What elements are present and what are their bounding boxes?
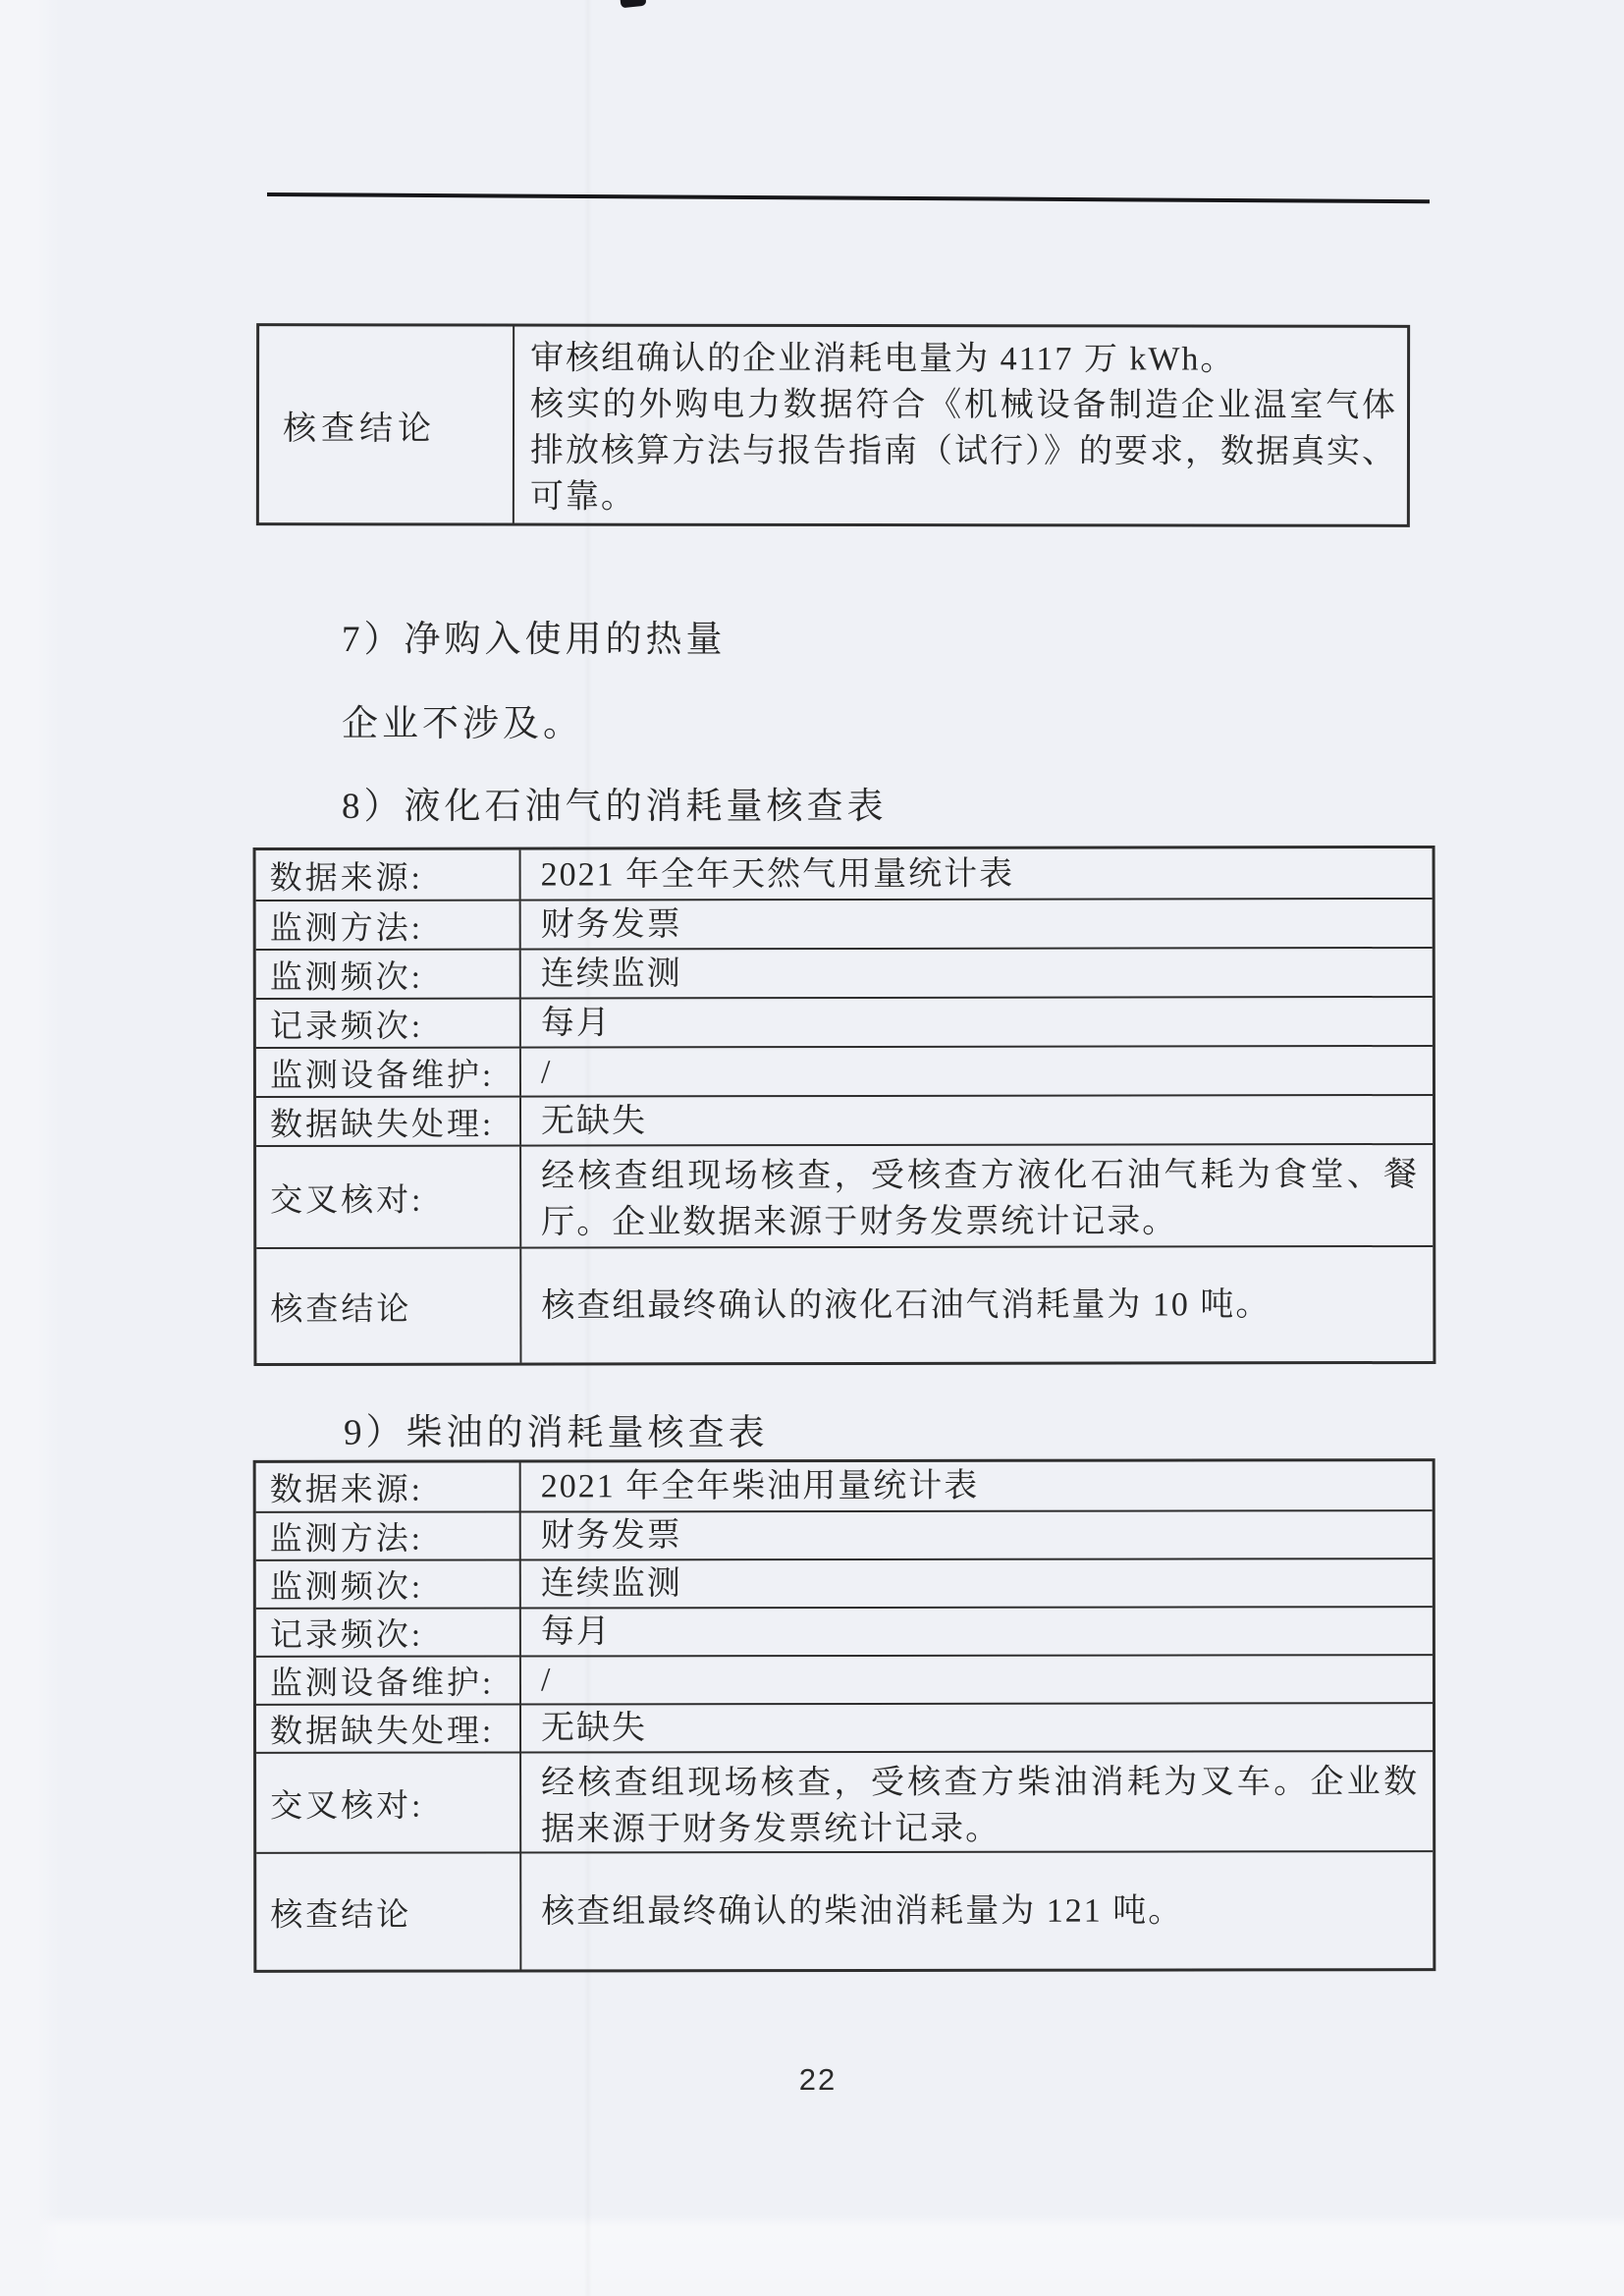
scan-artifact-mark — [621, 0, 647, 8]
page-number: 22 — [0, 2062, 1624, 2098]
row-value: 无缺失 — [521, 1096, 1433, 1145]
row-value: / — [521, 1656, 1433, 1703]
table-row: 监测频次: 连续监测 — [256, 1558, 1433, 1608]
table-row: 数据缺失处理: 无缺失 — [256, 1702, 1433, 1752]
row-label: 数据来源: — [256, 850, 521, 900]
conclusion-paragraph-1: 审核组确认的企业消耗电量为 4117 万 kWh。 — [530, 336, 1397, 383]
table-row: 监测方法: 财务发票 — [256, 898, 1433, 949]
row-label: 核查结论 — [256, 1249, 521, 1363]
section-7-heading: 7）净购入使用的热量 — [342, 609, 727, 662]
table-row: 监测方法: 财务发票 — [256, 1509, 1433, 1559]
row-label: 记录频次: — [256, 1609, 521, 1655]
row-value: 经核查组现场核查，受核查方液化石油气耗为食堂、餐厅。企业数据来源于财务发票统计记… — [521, 1145, 1433, 1247]
row-value: 无缺失 — [521, 1704, 1433, 1751]
header-divider-rule — [267, 192, 1430, 203]
row-label: 监测方法: — [256, 902, 521, 949]
lpg-verification-table: 数据来源: 2021 年全年天然气用量统计表 监测方法: 财务发票 监测频次: … — [253, 846, 1436, 1366]
table-row: 监测设备维护: / — [256, 1045, 1433, 1096]
row-label: 数据缺失处理: — [256, 1098, 521, 1145]
row-label: 核查结论 — [256, 1853, 521, 1969]
row-label: 数据缺失处理: — [256, 1705, 521, 1751]
table-row: 数据缺失处理: 无缺失 — [256, 1094, 1433, 1145]
table-row: 交叉核对: 经核查组现场核查，受核查方液化石油气耗为食堂、餐厅。企业数据来源于财… — [256, 1143, 1433, 1247]
row-value: 核查组最终确认的液化石油气消耗量为 10 吨。 — [521, 1247, 1433, 1363]
row-label: 数据来源: — [256, 1462, 521, 1510]
section-7-body: 企业不涉及。 — [342, 693, 583, 746]
table-row: 监测频次: 连续监测 — [256, 947, 1433, 998]
document-page: 核查结论 审核组确认的企业消耗电量为 4117 万 kWh。 核实的外购电力数据… — [0, 0, 1624, 2296]
row-value: 每月 — [521, 998, 1433, 1047]
table-row: 记录频次: 每月 — [256, 996, 1433, 1047]
table-row: 数据来源: 2021 年全年柴油用量统计表 — [256, 1461, 1433, 1511]
diesel-verification-table: 数据来源: 2021 年全年柴油用量统计表 监测方法: 财务发票 监测频次: 连… — [253, 1458, 1436, 1973]
electricity-conclusion-table: 核查结论 审核组确认的企业消耗电量为 4117 万 kWh。 核实的外购电力数据… — [256, 323, 1410, 527]
row-value: 连续监测 — [521, 1559, 1433, 1607]
table-row: 监测设备维护: / — [256, 1654, 1433, 1704]
row-label: 记录频次: — [256, 1000, 521, 1047]
row-label: 交叉核对: — [256, 1753, 521, 1851]
row-value: 2021 年全年天然气用量统计表 — [521, 848, 1433, 900]
table-row: 记录频次: 每月 — [256, 1606, 1433, 1656]
row-label: 监测设备维护: — [256, 1049, 521, 1096]
section-8-heading: 8）液化石油气的消耗量核查表 — [342, 776, 888, 829]
row-value: 核查组最终确认的柴油消耗量为 121 吨。 — [521, 1852, 1433, 1969]
table-row: 核查结论 核查组最终确认的液化石油气消耗量为 10 吨。 — [256, 1245, 1433, 1363]
row-value: 经核查组现场核查，受核查方柴油消耗为叉车。企业数据来源于财务发票统计记录。 — [521, 1752, 1433, 1851]
row-value: 2021 年全年柴油用量统计表 — [521, 1461, 1433, 1510]
row-value: 财务发票 — [521, 1511, 1433, 1558]
table-row: 数据来源: 2021 年全年天然气用量统计表 — [256, 848, 1433, 900]
row-label: 监测频次: — [256, 951, 521, 998]
row-value: 财务发票 — [521, 900, 1433, 949]
section-9-heading: 9）柴油的消耗量核查表 — [344, 1402, 769, 1456]
row-label: 监测频次: — [256, 1560, 521, 1607]
conclusion-paragraph-2: 核实的外购电力数据符合《机械设备制造企业温室气体排放核算方法与报告指南（试行）》… — [530, 382, 1397, 521]
row-label: 核查结论 — [259, 326, 514, 522]
row-label: 交叉核对: — [256, 1147, 521, 1247]
table-row: 交叉核对: 经核查组现场核查，受核查方柴油消耗为叉车。企业数据来源于财务发票统计… — [256, 1750, 1433, 1852]
table-row: 核查结论 核查组最终确认的柴油消耗量为 121 吨。 — [256, 1850, 1433, 1970]
row-label: 监测方法: — [256, 1512, 521, 1558]
row-value: 每月 — [521, 1608, 1433, 1655]
row-value: 连续监测 — [521, 949, 1433, 998]
row-value: 审核组确认的企业消耗电量为 4117 万 kWh。 核实的外购电力数据符合《机械… — [514, 327, 1407, 524]
row-label: 监测设备维护: — [256, 1657, 521, 1703]
row-value: / — [521, 1047, 1433, 1096]
